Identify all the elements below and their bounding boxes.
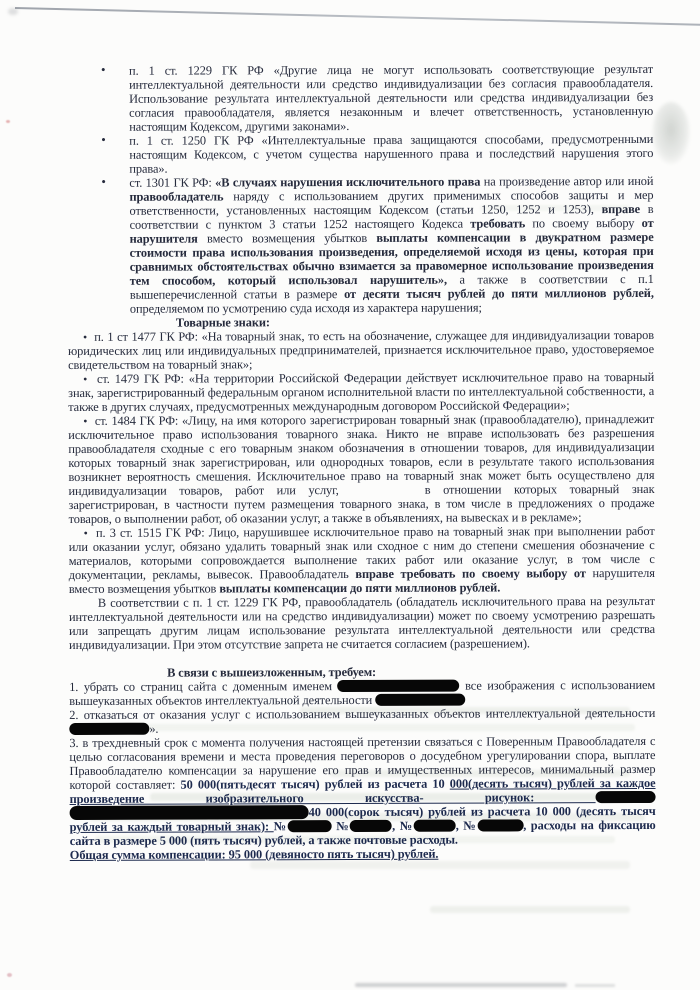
text-segment: по своему выбору [525,216,642,230]
scanned-document-page: п. 1 ст. 1229 ГК РФ «Другие лица не могу… [0,0,700,990]
paragraph-1515: п. 3 ст. 1515 ГК РФ: Лицо, нарушившее ис… [69,524,655,596]
text-segment: 40 000(сорок тысяч) рублей из расчета 10… [309,804,656,819]
text-segment: вправе требовать по своему выбору от [355,566,585,581]
text-segment: , № [392,819,414,833]
text-segment: ст. 1301 ГК РФ: [129,175,215,189]
text-segment: 1. убрать со страниц сайта с доменным им… [69,679,337,694]
redaction-bar [414,820,456,832]
paragraph-1479: ст. 1479 ГК РФ: «На территории Российско… [68,370,654,414]
text-segment: № [332,819,351,833]
text-segment: вправе [602,202,641,216]
text-segment: «В случаях нарушения исключительного пра… [215,175,480,190]
text-segment: на произведение автор или иной [480,174,653,189]
text-segment: Общая сумма компенсации: 95 000 (девянос… [70,847,439,862]
bleed-through-artifact [430,906,630,913]
text-segment: определяемом по усмотрению суда исходя и… [130,301,482,316]
bleed-through-artifact [250,861,630,869]
redaction-bar [596,791,656,803]
text-segment: п. 1 ст 1477 ГК РФ: «На товарный знак, т… [68,328,654,372]
paragraph-1229-conclusion: В соответствии с п. 1 ст. 1229 ГК РФ, пр… [69,594,655,652]
redaction-bar [350,820,392,832]
redaction-bar [375,694,465,706]
redaction-bar [288,820,332,832]
text-segment: 2. отказаться от оказания услуг с исполь… [69,706,655,722]
demand-item-1: 1. убрать со страниц сайта с доменным им… [69,678,655,708]
citation-item-1229: п. 1 ст. 1229 ГК РФ «Другие лица не могу… [129,62,653,134]
text-segment: ст. 1479 ГК РФ: «На территории Российско… [68,370,654,414]
paragraph-1484: ст. 1484 ГК РФ: «Лицу, на имя которого з… [68,412,654,526]
scan-speck-artifact [6,120,10,123]
citation-item-1250: п. 1 ст. 1250 ГК РФ «Интеллектуальные пр… [129,132,653,176]
text-segment: вместо возмещения убытков [198,231,377,246]
total-compensation-line: Общая сумма компенсации: 95 000 (девянос… [70,846,656,862]
scan-edge-line-artifact [15,7,700,26]
text-segment: правообладатель [129,189,223,203]
redaction-bar [477,819,523,831]
demand-item-2: 2. отказаться от оказания услуг с исполь… [69,706,655,736]
text-segment: п. 1 ст. 1250 ГК РФ «Интеллектуальные пр… [129,132,653,176]
redaction-bar [70,805,309,820]
text-segment: выплаты компенсации до пяти миллионов ру… [219,580,500,595]
scan-speck-artifact [8,8,18,15]
text-segment: , № [456,819,478,833]
text-segment: рублей за каждый товарный знак): [70,819,274,834]
document-content: п. 1 ст. 1229 ГК РФ «Другие лица не могу… [67,62,656,862]
text-segment: п. 1 ст. 1229 ГК РФ «Другие лица не могу… [129,62,653,134]
text-segment: 50 000(пятьдесят тысяч) рублей из расчет… [180,777,449,792]
redaction-bar [338,680,460,692]
citation-item-1301: ст. 1301 ГК РФ: «В случаях нарушения иск… [129,174,653,316]
scan-smear-artifact [355,983,567,987]
paragraph-1477: п. 1 ст 1477 ГК РФ: «На товарный знак, т… [68,328,654,372]
scan-smear-artifact [575,984,615,987]
text-segment: требовать [470,216,525,230]
scan-speck-artifact [7,973,12,977]
civil-code-citations-list: п. 1 ст. 1229 ГК РФ «Другие лица не могу… [67,62,654,316]
fingerprint-smudge-artifact [652,102,690,164]
text-segment: от десяти тысяч рублей до пяти миллионов… [344,286,654,301]
redaction-bar [69,723,149,735]
text-segment: ». [149,722,158,736]
text-segment: В соответствии с п. 1 ст. 1229 ГК РФ, пр… [69,594,655,652]
text-segment: № [274,819,288,833]
demand-item-3: 3. в трехдневный срок с момента получени… [69,734,655,848]
